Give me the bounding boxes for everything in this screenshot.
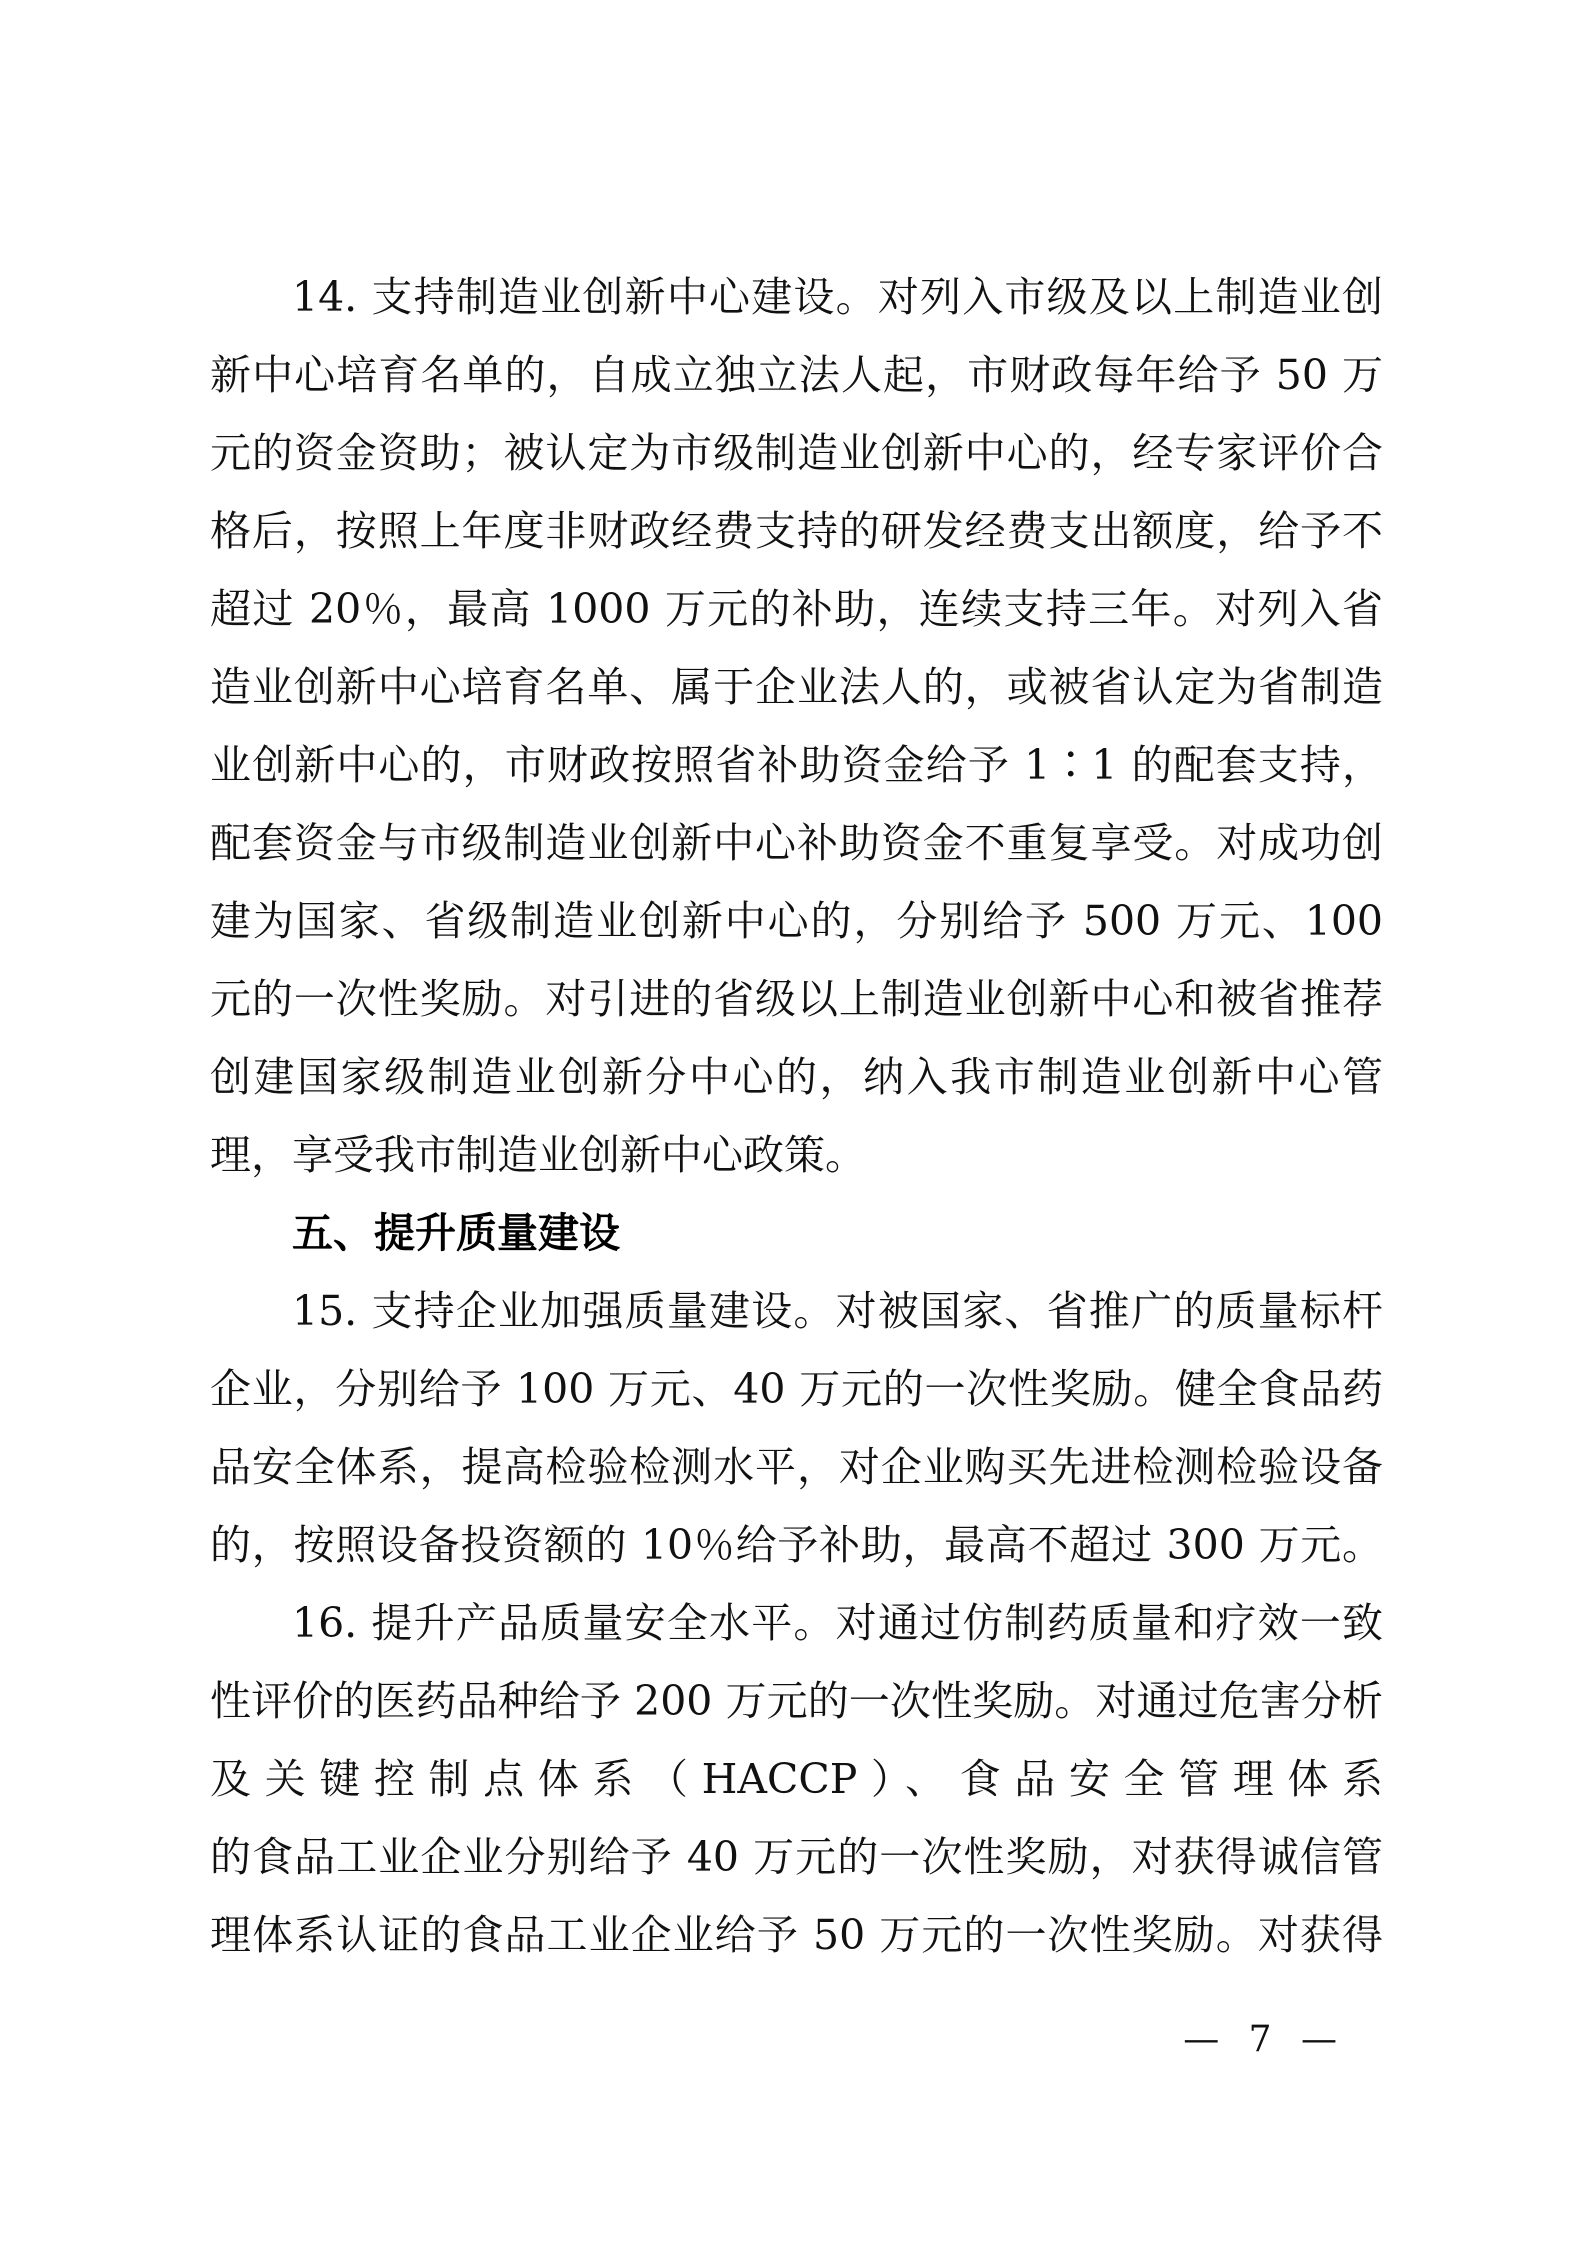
document-page: 14. 支持制造业创新中心建设。对列入市级及以上制造业创 新中心培育名单的，自成…: [0, 0, 1587, 2245]
text-line: 14. 支持制造业创新中心建设。对列入市级及以上制造业创: [210, 258, 1383, 336]
text-line: 16. 提升产品质量安全水平。对通过仿制药质量和疗效一致: [210, 1584, 1383, 1662]
text-line: 元的资金资助；被认定为市级制造业创新中心的，经专家评价合: [210, 414, 1383, 492]
text-line: 15. 支持企业加强质量建设。对被国家、省推广的质量标杆: [210, 1272, 1383, 1350]
text-line: 造业创新中心培育名单、属于企业法人的，或被省认定为省制造: [210, 648, 1383, 726]
page-content: 14. 支持制造业创新中心建设。对列入市级及以上制造业创 新中心培育名单的，自成…: [210, 258, 1383, 1974]
text-line: 理，享受我市制造业创新中心政策。: [210, 1116, 1383, 1194]
text-line: 业创新中心的，市财政按照省补助资金给予 1∶1 的配套支持，: [210, 726, 1383, 804]
text-line: 企业，分别给予 100 万元、40 万元的一次性奖励。健全食品药: [210, 1350, 1383, 1428]
text-line: 超过 20％，最高 1000 万元的补助，连续支持三年。对列入省制: [210, 570, 1383, 648]
text-line: 格后，按照上年度非财政经费支持的研发经费支出额度，给予不: [210, 492, 1383, 570]
paragraph-item-15: 15. 支持企业加强质量建设。对被国家、省推广的质量标杆 企业，分别给予 100…: [210, 1272, 1383, 1584]
text-line: 性评价的医药品种给予 200 万元的一次性奖励。对通过危害分析: [210, 1662, 1383, 1740]
text-line: 创建国家级制造业创新分中心的，纳入我市制造业创新中心管: [210, 1038, 1383, 1116]
paragraph-item-16: 16. 提升产品质量安全水平。对通过仿制药质量和疗效一致 性评价的医药品种给予 …: [210, 1584, 1383, 1974]
section-heading-5: 五、提升质量建设: [210, 1194, 1383, 1272]
paragraph-item-14: 14. 支持制造业创新中心建设。对列入市级及以上制造业创 新中心培育名单的，自成…: [210, 258, 1383, 1194]
page-number-footer: — 7 —: [210, 2018, 1337, 2062]
text-line: 元的一次性奖励。对引进的省级以上制造业创新中心和被省推荐: [210, 960, 1383, 1038]
text-line: 及关键控制点体系（HACCP）、食品安全管理体系（ISO22000）: [210, 1740, 1383, 1818]
text-line: 新中心培育名单的，自成立独立法人起，市财政每年给予 50 万: [210, 336, 1383, 414]
text-line: 建为国家、省级制造业创新中心的，分别给予 500 万元、100 万: [210, 882, 1383, 960]
text-line: 的，按照设备投资额的 10％给予补助，最高不超过 300 万元。: [210, 1506, 1383, 1584]
text-line: 理体系认证的食品工业企业给予 50 万元的一次性奖励。对获得: [210, 1896, 1383, 1974]
text-line: 配套资金与市级制造业创新中心补助资金不重复享受。对成功创: [210, 804, 1383, 882]
text-line: 的食品工业企业分别给予 40 万元的一次性奖励，对获得诚信管: [210, 1818, 1383, 1896]
text-line: 品安全体系，提高检验检测水平，对企业购买先进检测检验设备: [210, 1428, 1383, 1506]
